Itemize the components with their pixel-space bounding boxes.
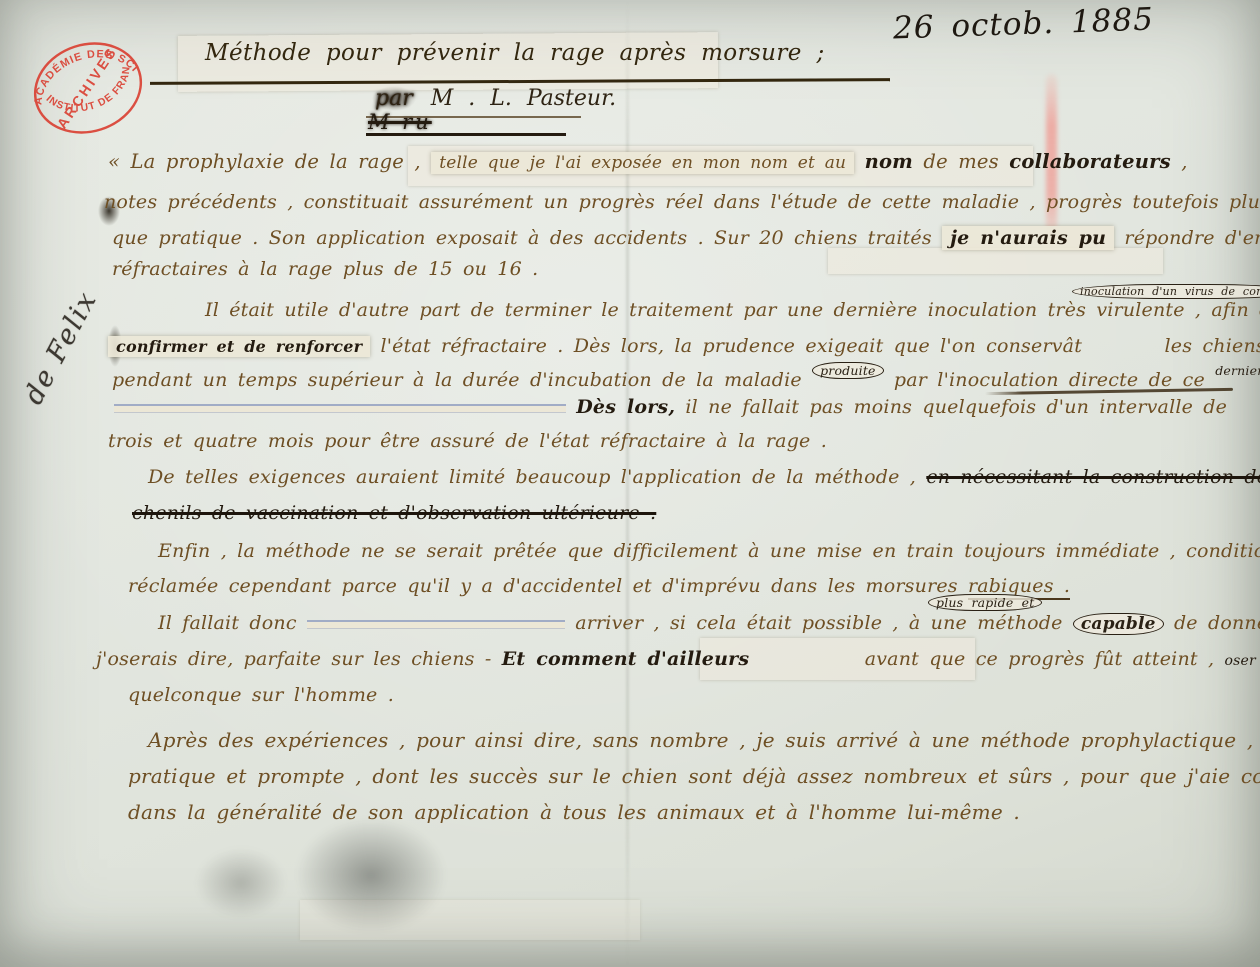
text-line: chenils de vaccination et d'observation … <box>132 502 656 524</box>
interlinear-annotation: plus rapide et <box>928 590 1042 612</box>
text-segment: « La prophylaxie de la rage , <box>108 150 421 173</box>
text-segment: de donner une sécurité , <box>1174 612 1260 634</box>
text-line: pratique et prompte , dont les succès su… <box>128 764 1260 788</box>
superscript-insertion: dernier <box>1215 363 1260 378</box>
circled-insertion: plus rapide et <box>928 594 1042 611</box>
text-segment: les chiens en surveillance <box>1165 335 1260 357</box>
byline-author: M . L. Pasteur. <box>431 86 616 111</box>
byline: par M . L. Pasteur. <box>372 86 616 111</box>
text-segment: avant que ce progrès fût atteint , <box>865 648 1215 670</box>
text-segment: , <box>1181 150 1187 173</box>
scratch-line <box>366 133 566 136</box>
text-line: confirmer et de renforcer l'état réfract… <box>108 335 1260 357</box>
archives-stamp: ACADÉMIE DES SCIENCES INSTITUT DE FRANCE… <box>3 4 173 172</box>
text-line: « La prophylaxie de la rage , telle que … <box>108 150 1260 173</box>
pasted-text-segment: telle que je l'ai exposée en mon nom et … <box>431 152 854 174</box>
text-line: De telles exigences auraient limité beau… <box>148 466 1260 488</box>
text-segment: Il était utile d'autre part de terminer … <box>205 299 1260 321</box>
small-insertion: oser de <box>1224 653 1260 669</box>
pasted-text-segment: je n'aurais pu <box>942 226 1114 250</box>
text-segment: Il fallait donc <box>158 612 297 634</box>
text-segment: Et comment d'ailleurs <box>502 648 750 670</box>
interlinear-annotation: inoculation d'un virus de contrôle <box>1072 278 1260 300</box>
text-segment: quelconque sur l'homme . <box>128 684 394 706</box>
text-line: dans la généralité de son application à … <box>128 800 1020 824</box>
text-segment: réclamée cependant parce qu'il y a d'acc… <box>128 575 958 597</box>
text-segment: dans la généralité de son application à … <box>128 800 1020 824</box>
text-segment: pendant un temps supérieur à la durée d'… <box>112 369 802 391</box>
text-segment: Après des expériences , pour ainsi dire,… <box>148 728 1253 752</box>
margin-inscription: de Felix <box>18 286 103 410</box>
text-segment: répondre d'en rendre <box>1124 227 1260 249</box>
circled-insertion: capable <box>1073 613 1164 635</box>
corrected-word: nom <box>865 150 913 173</box>
struck-text: en nécessitant la construction de vastes <box>926 466 1260 488</box>
text-line: Il fallait donc arriver , si cela était … <box>158 612 1260 635</box>
manuscript-page: ACADÉMIE DES SCIENCES INSTITUT DE FRANCE… <box>0 0 1260 967</box>
text-segment: que pratique . Son application exposait … <box>112 227 932 249</box>
struck-blue-illegible-strip <box>114 404 566 413</box>
scratched-out-word: M ru <box>368 110 432 134</box>
text-line: Dès lors, il ne fallait pas moins quelqu… <box>114 396 1227 418</box>
text-line: Enfin , la méthode ne se serait prêtée q… <box>158 540 1260 562</box>
text-segment: Enfin , la méthode ne se serait prêtée q… <box>158 540 1260 562</box>
text-line: trois et quatre mois pour être assuré de… <box>108 430 827 452</box>
manuscript-date: 26 octob. 1885 <box>892 1 1154 46</box>
text-segment: j'oserais dire, parfaite sur les chiens … <box>96 648 491 670</box>
text-line: réfractaires à la rage plus de 15 ou 16 … <box>112 258 538 280</box>
text-line: quelconque sur l'homme . <box>128 684 394 706</box>
corrected-word: collaborateurs <box>1009 150 1171 173</box>
text-segment: De telles exigences auraient limité beau… <box>148 466 916 488</box>
pasted-paper-patch <box>828 248 1163 274</box>
text-segment: il ne fallait pas moins quelquefois d'un… <box>685 396 1227 418</box>
text-segment: réfractaires à la rage plus de 15 ou 16 … <box>112 258 538 280</box>
text-segment: Dès lors, <box>576 396 675 418</box>
text-line: j'oserais dire, parfaite sur les chiens … <box>96 648 1260 670</box>
text-segment: de mes <box>923 150 998 173</box>
text-segment: arriver , si cela était possible , à une… <box>575 612 1062 634</box>
struck-text: chenils de vaccination et d'observation … <box>132 502 656 524</box>
text-segment: pratique et prompte , dont les succès su… <box>128 764 1260 788</box>
manuscript-title: Méthode pour prévenir la rage après mors… <box>205 40 825 66</box>
byline-par-blotted: par <box>372 86 416 111</box>
struck-blue-illegible-strip <box>307 620 565 629</box>
text-segment: trois et quatre mois pour être assuré de… <box>108 430 827 452</box>
circled-insertion: inoculation d'un virus de contrôle <box>1072 284 1260 299</box>
text-segment: l'état réfractaire . Dès lors, la pruden… <box>380 335 1082 357</box>
text-line: Il était utile d'autre part de terminer … <box>205 299 1260 321</box>
text-line: que pratique . Son application exposait … <box>112 227 1260 249</box>
text-line: Après des expériences , pour ainsi dire,… <box>148 728 1253 752</box>
circled-insertion: produite <box>812 362 884 379</box>
charcoal-smudge <box>196 848 286 918</box>
text-segment: par l'inoculation directe de ce <box>894 369 1205 391</box>
charcoal-smudge <box>296 818 446 933</box>
text-line: pendant un temps supérieur à la durée d'… <box>112 369 1260 391</box>
text-line: notes précédents , constituait assurémen… <box>104 191 1260 213</box>
pasted-text-segment: confirmer et de renforcer <box>108 336 370 357</box>
stamp-oval-icon: ACADÉMIE DES SCIENCES INSTITUT DE FRANCE… <box>3 4 173 172</box>
text-segment: notes précédents , constituait assurémen… <box>104 191 1260 213</box>
